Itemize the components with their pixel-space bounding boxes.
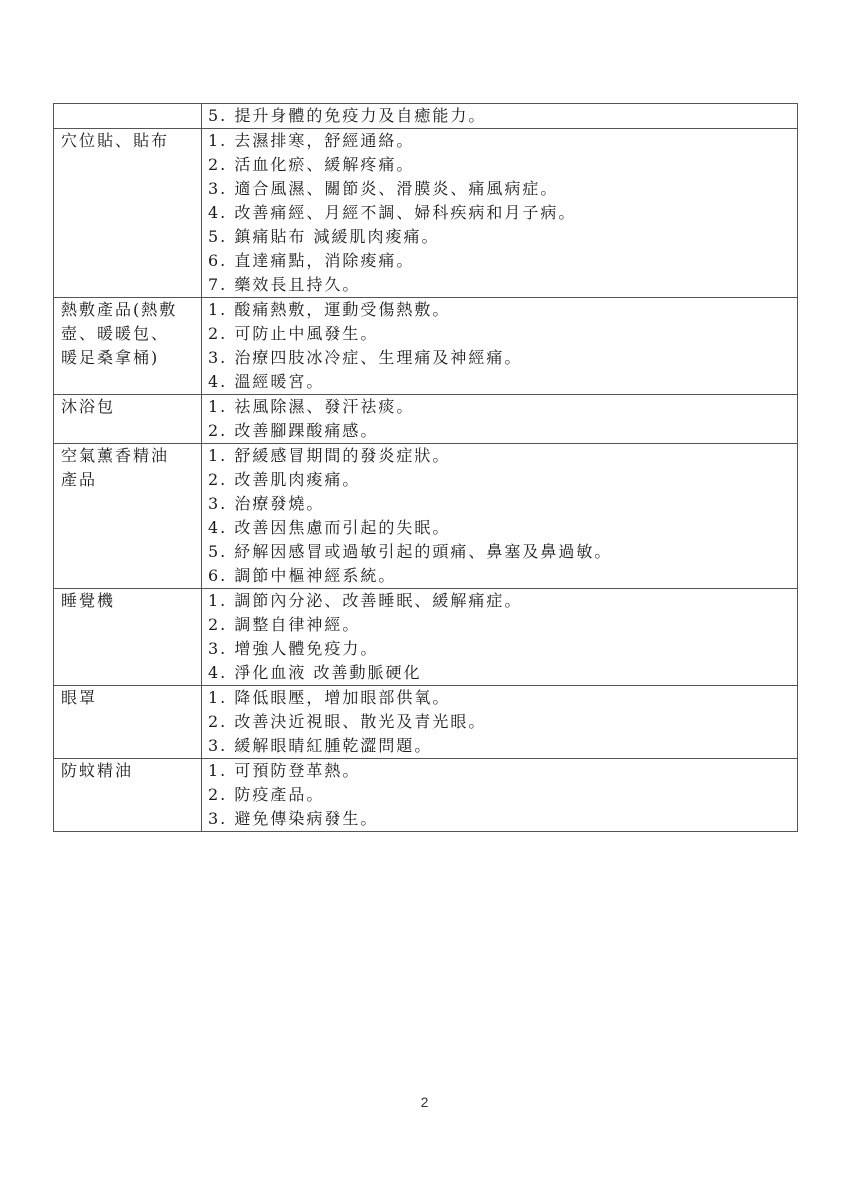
effects-cell: 1. 可預防登革熱。2. 防疫產品。3. 避免傳染病發生。 (202, 759, 798, 832)
effects-cell: 1. 去濕排寒，舒經通絡。2. 活血化瘀、緩解疼痛。3. 適合風濕、關節炎、滑膜… (202, 129, 798, 298)
category-cell: 沐浴包 (54, 395, 202, 444)
effect-item: 5. 提升身體的免疫力及自癒能力。 (208, 104, 797, 128)
effects-cell: 1. 酸痛熱敷，運動受傷熱敷。2. 可防止中風發生。3. 治療四肢冰冷症、生理痛… (202, 298, 798, 395)
effects-cell: 1. 舒緩感冒期間的發炎症狀。2. 改善肌肉痠痛。3. 治療發燒。4. 改善因焦… (202, 444, 798, 589)
category-cell: 防蚊精油 (54, 759, 202, 832)
category-text: 熱敷產品(熱敷 (61, 298, 201, 322)
effects-cell: 5. 提升身體的免疫力及自癒能力。 (202, 104, 798, 129)
category-cell: 熱敷產品(熱敷壺、暖暖包、暖足桑拿桶) (54, 298, 202, 395)
category-text: 壺、暖暖包、 (61, 322, 201, 346)
category-text: 眼罩 (61, 686, 201, 710)
effect-item: 1. 去濕排寒，舒經通絡。 (208, 129, 797, 153)
effect-item: 1. 可預防登革熱。 (208, 759, 797, 783)
effect-item: 5. 鎮痛貼布 減緩肌肉痠痛。 (208, 225, 797, 249)
effect-item: 1. 酸痛熱敷，運動受傷熱敷。 (208, 298, 797, 322)
effects-cell: 1. 調節內分泌、改善睡眠、緩解痛症。2. 調整自律神經。3. 增強人體免疫力。… (202, 589, 798, 686)
category-cell (54, 104, 202, 129)
category-cell: 穴位貼、貼布 (54, 129, 202, 298)
category-text: 防蚊精油 (61, 759, 201, 783)
effects-cell: 1. 祛風除濕、發汗祛痰。2. 改善腳踝酸痛感。 (202, 395, 798, 444)
category-cell: 眼罩 (54, 686, 202, 759)
effect-item: 2. 改善決近視眼、散光及青光眼。 (208, 710, 797, 734)
category-text: 空氣薰香精油 (61, 444, 201, 468)
category-text: 沐浴包 (61, 395, 201, 419)
table-row: 沐浴包1. 祛風除濕、發汗祛痰。2. 改善腳踝酸痛感。 (54, 395, 798, 444)
category-text: 穴位貼、貼布 (61, 129, 201, 153)
table-row: 空氣薰香精油產品1. 舒緩感冒期間的發炎症狀。2. 改善肌肉痠痛。3. 治療發燒… (54, 444, 798, 589)
product-effects-table: 5. 提升身體的免疫力及自癒能力。穴位貼、貼布1. 去濕排寒，舒經通絡。2. 活… (53, 103, 798, 832)
effect-item: 2. 調整自律神經。 (208, 613, 797, 637)
effect-item: 3. 適合風濕、關節炎、滑膜炎、痛風病症。 (208, 177, 797, 201)
effect-item: 3. 治療四肢冰冷症、生理痛及神經痛。 (208, 346, 797, 370)
category-cell: 空氣薰香精油產品 (54, 444, 202, 589)
effect-item: 1. 舒緩感冒期間的發炎症狀。 (208, 444, 797, 468)
effect-item: 3. 治療發燒。 (208, 492, 797, 516)
effect-item: 4. 改善因焦慮而引起的失眠。 (208, 516, 797, 540)
effect-item: 3. 增強人體免疫力。 (208, 637, 797, 661)
effect-item: 6. 直達痛點，消除痠痛。 (208, 249, 797, 273)
effect-item: 2. 活血化瘀、緩解疼痛。 (208, 153, 797, 177)
effect-item: 2. 防疫產品。 (208, 783, 797, 807)
document-page: 5. 提升身體的免疫力及自癒能力。穴位貼、貼布1. 去濕排寒，舒經通絡。2. 活… (0, 0, 849, 1200)
effect-item: 5. 紓解因感冒或過敏引起的頭痛、鼻塞及鼻過敏。 (208, 540, 797, 564)
effect-item: 3. 緩解眼睛紅腫乾澀問題。 (208, 734, 797, 758)
effect-item: 6. 調節中樞神經系統。 (208, 564, 797, 588)
table-body: 5. 提升身體的免疫力及自癒能力。穴位貼、貼布1. 去濕排寒，舒經通絡。2. 活… (54, 104, 798, 832)
effects-cell: 1. 降低眼壓，增加眼部供氧。2. 改善決近視眼、散光及青光眼。3. 緩解眼睛紅… (202, 686, 798, 759)
table-row: 眼罩1. 降低眼壓，增加眼部供氧。2. 改善決近視眼、散光及青光眼。3. 緩解眼… (54, 686, 798, 759)
table-row: 熱敷產品(熱敷壺、暖暖包、暖足桑拿桶)1. 酸痛熱敷，運動受傷熱敷。2. 可防止… (54, 298, 798, 395)
effect-item: 1. 調節內分泌、改善睡眠、緩解痛症。 (208, 589, 797, 613)
effect-item: 7. 藥效長且持久。 (208, 273, 797, 297)
table-row: 穴位貼、貼布1. 去濕排寒，舒經通絡。2. 活血化瘀、緩解疼痛。3. 適合風濕、… (54, 129, 798, 298)
category-text: 產品 (61, 468, 201, 492)
page-number: 2 (0, 1094, 849, 1110)
category-cell: 睡覺機 (54, 589, 202, 686)
table-row: 防蚊精油1. 可預防登革熱。2. 防疫產品。3. 避免傳染病發生。 (54, 759, 798, 832)
effect-item: 4. 溫經暖宮。 (208, 370, 797, 394)
effect-item: 1. 祛風除濕、發汗祛痰。 (208, 395, 797, 419)
effect-item: 3. 避免傳染病發生。 (208, 807, 797, 831)
effect-item: 2. 可防止中風發生。 (208, 322, 797, 346)
table-row: 5. 提升身體的免疫力及自癒能力。 (54, 104, 798, 129)
category-text: 暖足桑拿桶) (61, 346, 201, 370)
table-row: 睡覺機1. 調節內分泌、改善睡眠、緩解痛症。2. 調整自律神經。3. 增強人體免… (54, 589, 798, 686)
effect-item: 4. 改善痛經、月經不調、婦科疾病和月子病。 (208, 201, 797, 225)
effect-item: 2. 改善腳踝酸痛感。 (208, 419, 797, 443)
effect-item: 4. 淨化血液 改善動脈硬化 (208, 661, 797, 685)
effect-item: 1. 降低眼壓，增加眼部供氧。 (208, 686, 797, 710)
effect-item: 2. 改善肌肉痠痛。 (208, 468, 797, 492)
category-text: 睡覺機 (61, 589, 201, 613)
category-text (61, 104, 201, 128)
